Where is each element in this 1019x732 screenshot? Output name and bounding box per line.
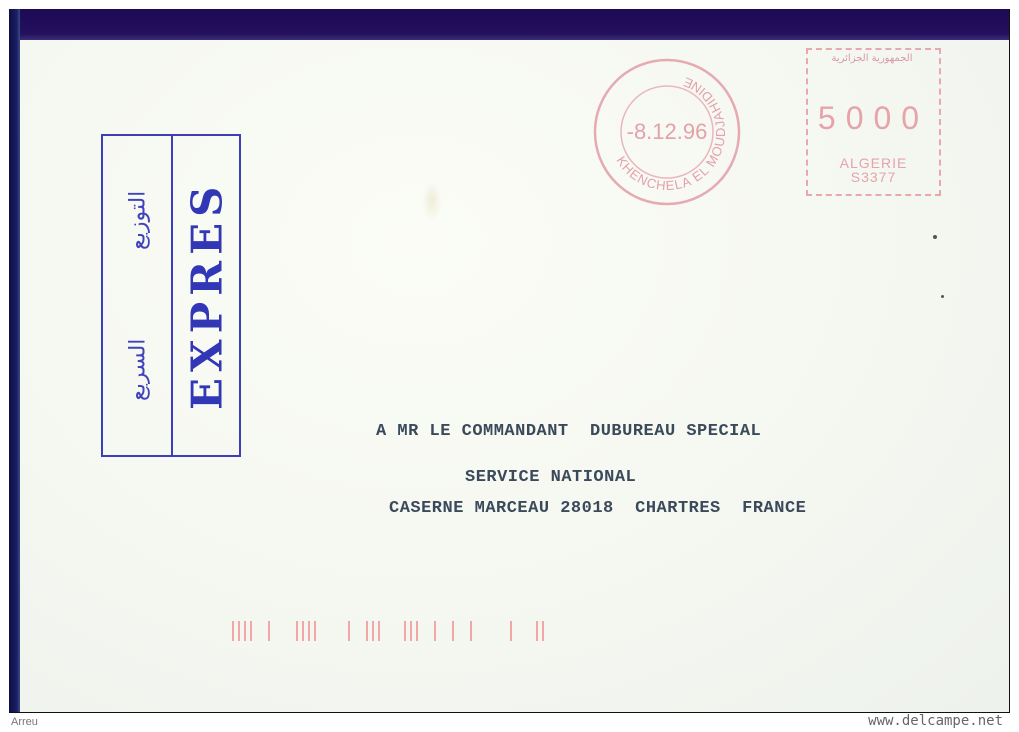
address-line-3: CASERNE MARCEAU 28018 CHARTRES FRANCE: [389, 499, 806, 518]
watermark-caption: www.delcampe.net: [868, 713, 1003, 729]
envelope-scan: السريع التوزيع EXPRES KHENCHELA EL MOUDJ…: [9, 9, 1010, 713]
seller-caption: Arreu: [11, 716, 38, 728]
address-line-1: A MR LE COMMANDANT DUBUREAU SPECIAL: [376, 422, 761, 441]
recipient-address: A MR LE COMMANDANT DUBUREAU SPECIAL SERV…: [9, 9, 1009, 712]
address-line-2: SERVICE NATIONAL: [465, 468, 636, 487]
postal-barcode: [228, 619, 608, 645]
